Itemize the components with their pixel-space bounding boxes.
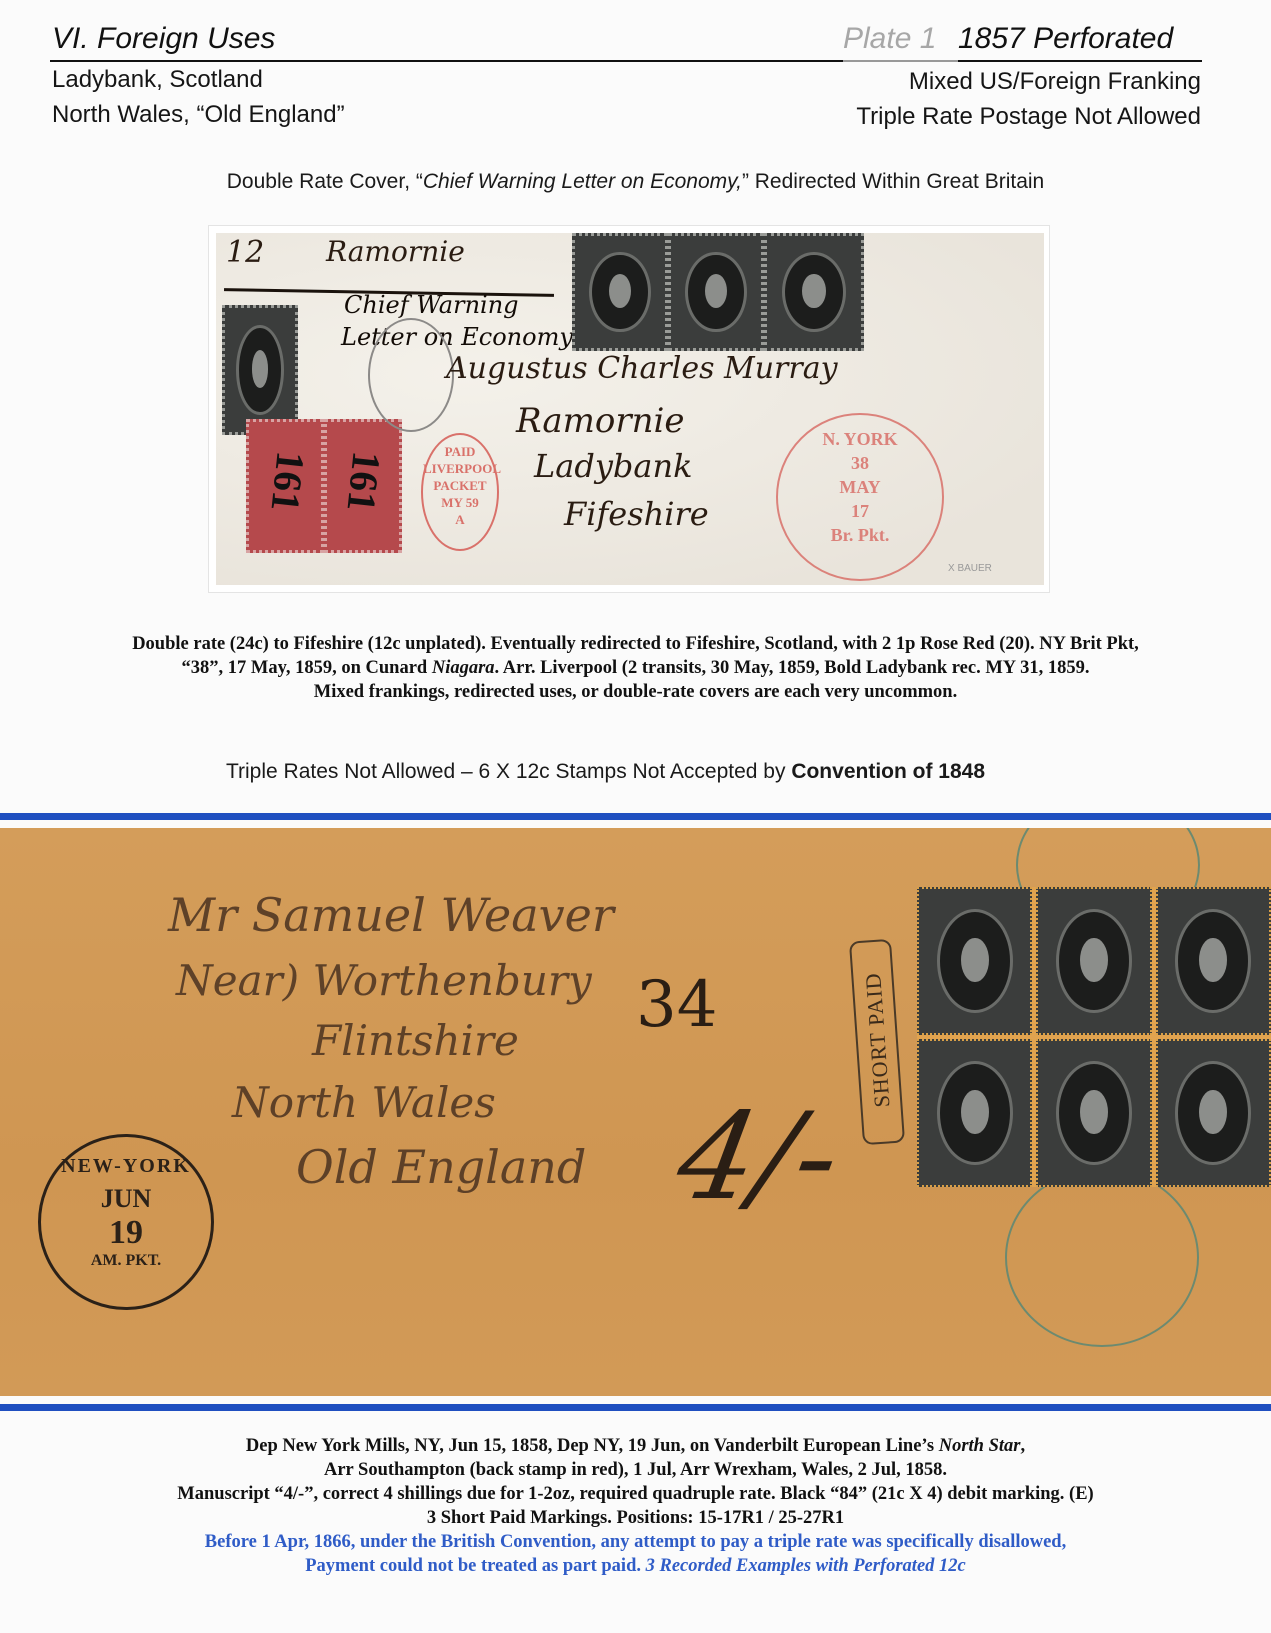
note-line: Mixed frankings, redirected uses, or dou… (0, 680, 1271, 704)
blue-rule-top (0, 813, 1271, 820)
header-rule (50, 60, 1202, 62)
liverpool-packet-postmark: PAID LIVERPOOL PACKET MY 59 A (421, 433, 499, 551)
ship-name: North Star (939, 1436, 1021, 1456)
address-line-1: Augustus Charles Murray (446, 351, 838, 386)
exhibit1-title-pre: Double Rate Cover, “ (227, 170, 423, 193)
us-12c-stamp (764, 233, 864, 351)
subtitle-left-1: Ladybank, Scotland (52, 66, 263, 94)
exhibit1-title-italic: Chief Warning Letter on Economy, (423, 170, 742, 193)
note-line: Arr Southampton (back stamp in red), 1 J… (0, 1458, 1271, 1482)
pm-line: JUN (41, 1184, 211, 1214)
note-segment: . Arr. Liverpool (2 transits, 30 May, 18… (495, 658, 1090, 678)
us-12c-stamp (1156, 1039, 1271, 1187)
pm-line: 38 (778, 451, 942, 475)
exhibit2-title-pre: Triple Rates Not Allowed – 6 X 12c Stamp… (226, 760, 791, 783)
pm-line: 17 (778, 499, 942, 523)
pm-line: 19 (41, 1214, 211, 1252)
address-line-2: Ramornie (516, 401, 685, 441)
transit-postmark (368, 318, 454, 432)
note-line: “38”, 17 May, 1859, on Cunard Niagara. A… (0, 656, 1271, 680)
note-segment: Dep New York Mills, NY, Jun 15, 1858, De… (246, 1436, 939, 1456)
address-line-2: Near) Worthenbury (176, 956, 592, 1005)
exhibit1-title: Double Rate Cover, “Chief Warning Letter… (0, 170, 1271, 194)
us-12c-stamp (668, 233, 764, 351)
note-segment: Payment could not be treated as part pai… (305, 1556, 645, 1576)
us-12c-stamp (222, 305, 298, 435)
us-12c-stamp (1156, 887, 1271, 1035)
manuscript-due: 4/- (668, 1088, 850, 1227)
manuscript-rate: 12 (226, 235, 264, 270)
exhibit2-blue-notes: Before 1 Apr, 1866, under the British Co… (0, 1530, 1271, 1578)
killer-161: 161 (337, 449, 390, 514)
subtitle-right-1: Mixed US/Foreign Franking (909, 68, 1201, 96)
exhibit2-title: Triple Rates Not Allowed – 6 X 12c Stamp… (0, 760, 1241, 784)
exhibit1-notes: Double rate (24c) to Fifeshire (12c unpl… (0, 632, 1271, 704)
pm-line: A (423, 511, 497, 528)
pm-line: PAID (423, 443, 497, 460)
pm-line: Br. Pkt. (778, 523, 942, 547)
us-12c-stamp (1036, 887, 1151, 1035)
exhibit2-title-bold: Convention of 1848 (791, 760, 985, 783)
note-line: Double rate (24c) to Fifeshire (12c unpl… (0, 632, 1271, 656)
ny-br-pkt-postmark: N. YORK 38 MAY 17 Br. Pkt. (776, 413, 944, 581)
plate-label: Plate 1 (843, 22, 936, 56)
address-line-5: Old England (296, 1140, 586, 1194)
exhibit2-notes: Dep New York Mills, NY, Jun 15, 1858, De… (0, 1434, 1271, 1530)
pm-line: N. YORK (778, 427, 942, 451)
section-title: VI. Foreign Uses (52, 22, 275, 56)
docket-line-1: Chief Warning (344, 291, 519, 319)
us-12c-stamp (917, 887, 1032, 1035)
pm-line: MAY (778, 475, 942, 499)
address-line-1: Mr Samuel Weaver (168, 888, 614, 942)
us-12c-stamp (917, 1039, 1032, 1187)
note-segment-italic: 3 Recorded Examples with Perforated 12c (646, 1556, 966, 1576)
pm-line: AM. PKT. (41, 1252, 211, 1270)
address-line-4: Fifeshire (564, 495, 709, 533)
note-line: 3 Short Paid Markings. Positions: 15-17R… (0, 1506, 1271, 1530)
pm-line: LIVERPOOL (423, 460, 497, 477)
pm-line: PACKET (423, 477, 497, 494)
us-12c-stamp (572, 233, 668, 351)
origin-postmark-bottom (1005, 1168, 1199, 1347)
subtitle-left-2: North Wales, “Old England” (52, 101, 345, 129)
address-line-3: Flintshire (312, 1016, 519, 1065)
blue-rule-bottom (0, 1404, 1271, 1411)
address-line-3: Ladybank (534, 447, 692, 485)
pm-line: MY 59 (423, 494, 497, 511)
header-rule-grey (843, 60, 958, 62)
debit-marking: 34 (636, 968, 717, 1042)
cover1-image: 12 Ramornie Chief Warning Letter on Econ… (216, 233, 1044, 585)
new-york-am-pkt-postmark: NEW-YORK JUN 19 AM. PKT. (38, 1134, 214, 1310)
series-title: 1857 Perforated (958, 22, 1173, 56)
note-line: Manuscript “4/-”, correct 4 shillings du… (0, 1482, 1271, 1506)
note-segment: , (1020, 1436, 1025, 1456)
ship-name: Niagara (432, 658, 495, 678)
note-line: Dep New York Mills, NY, Jun 15, 1858, De… (0, 1434, 1271, 1458)
expert-signature: X BAUER (948, 563, 992, 574)
killer-161: 161 (261, 449, 314, 514)
block-of-six-12c-stamps (917, 887, 1271, 1187)
note-line: Before 1 Apr, 1866, under the British Co… (0, 1530, 1271, 1554)
us-12c-stamp (1036, 1039, 1151, 1187)
short-paid-text: SHORT PAID (858, 939, 898, 1140)
address-line-4: North Wales (232, 1078, 496, 1127)
note-line: Payment could not be treated as part pai… (0, 1554, 1271, 1578)
subtitle-right-2: Triple Rate Postage Not Allowed (856, 103, 1201, 131)
manuscript-redirect: Ramornie (326, 235, 465, 268)
pm-line: NEW-YORK (41, 1155, 211, 1178)
exhibit1-title-post: ” Redirected Within Great Britain (742, 170, 1044, 193)
note-segment: “38”, 17 May, 1859, on Cunard (182, 658, 432, 678)
